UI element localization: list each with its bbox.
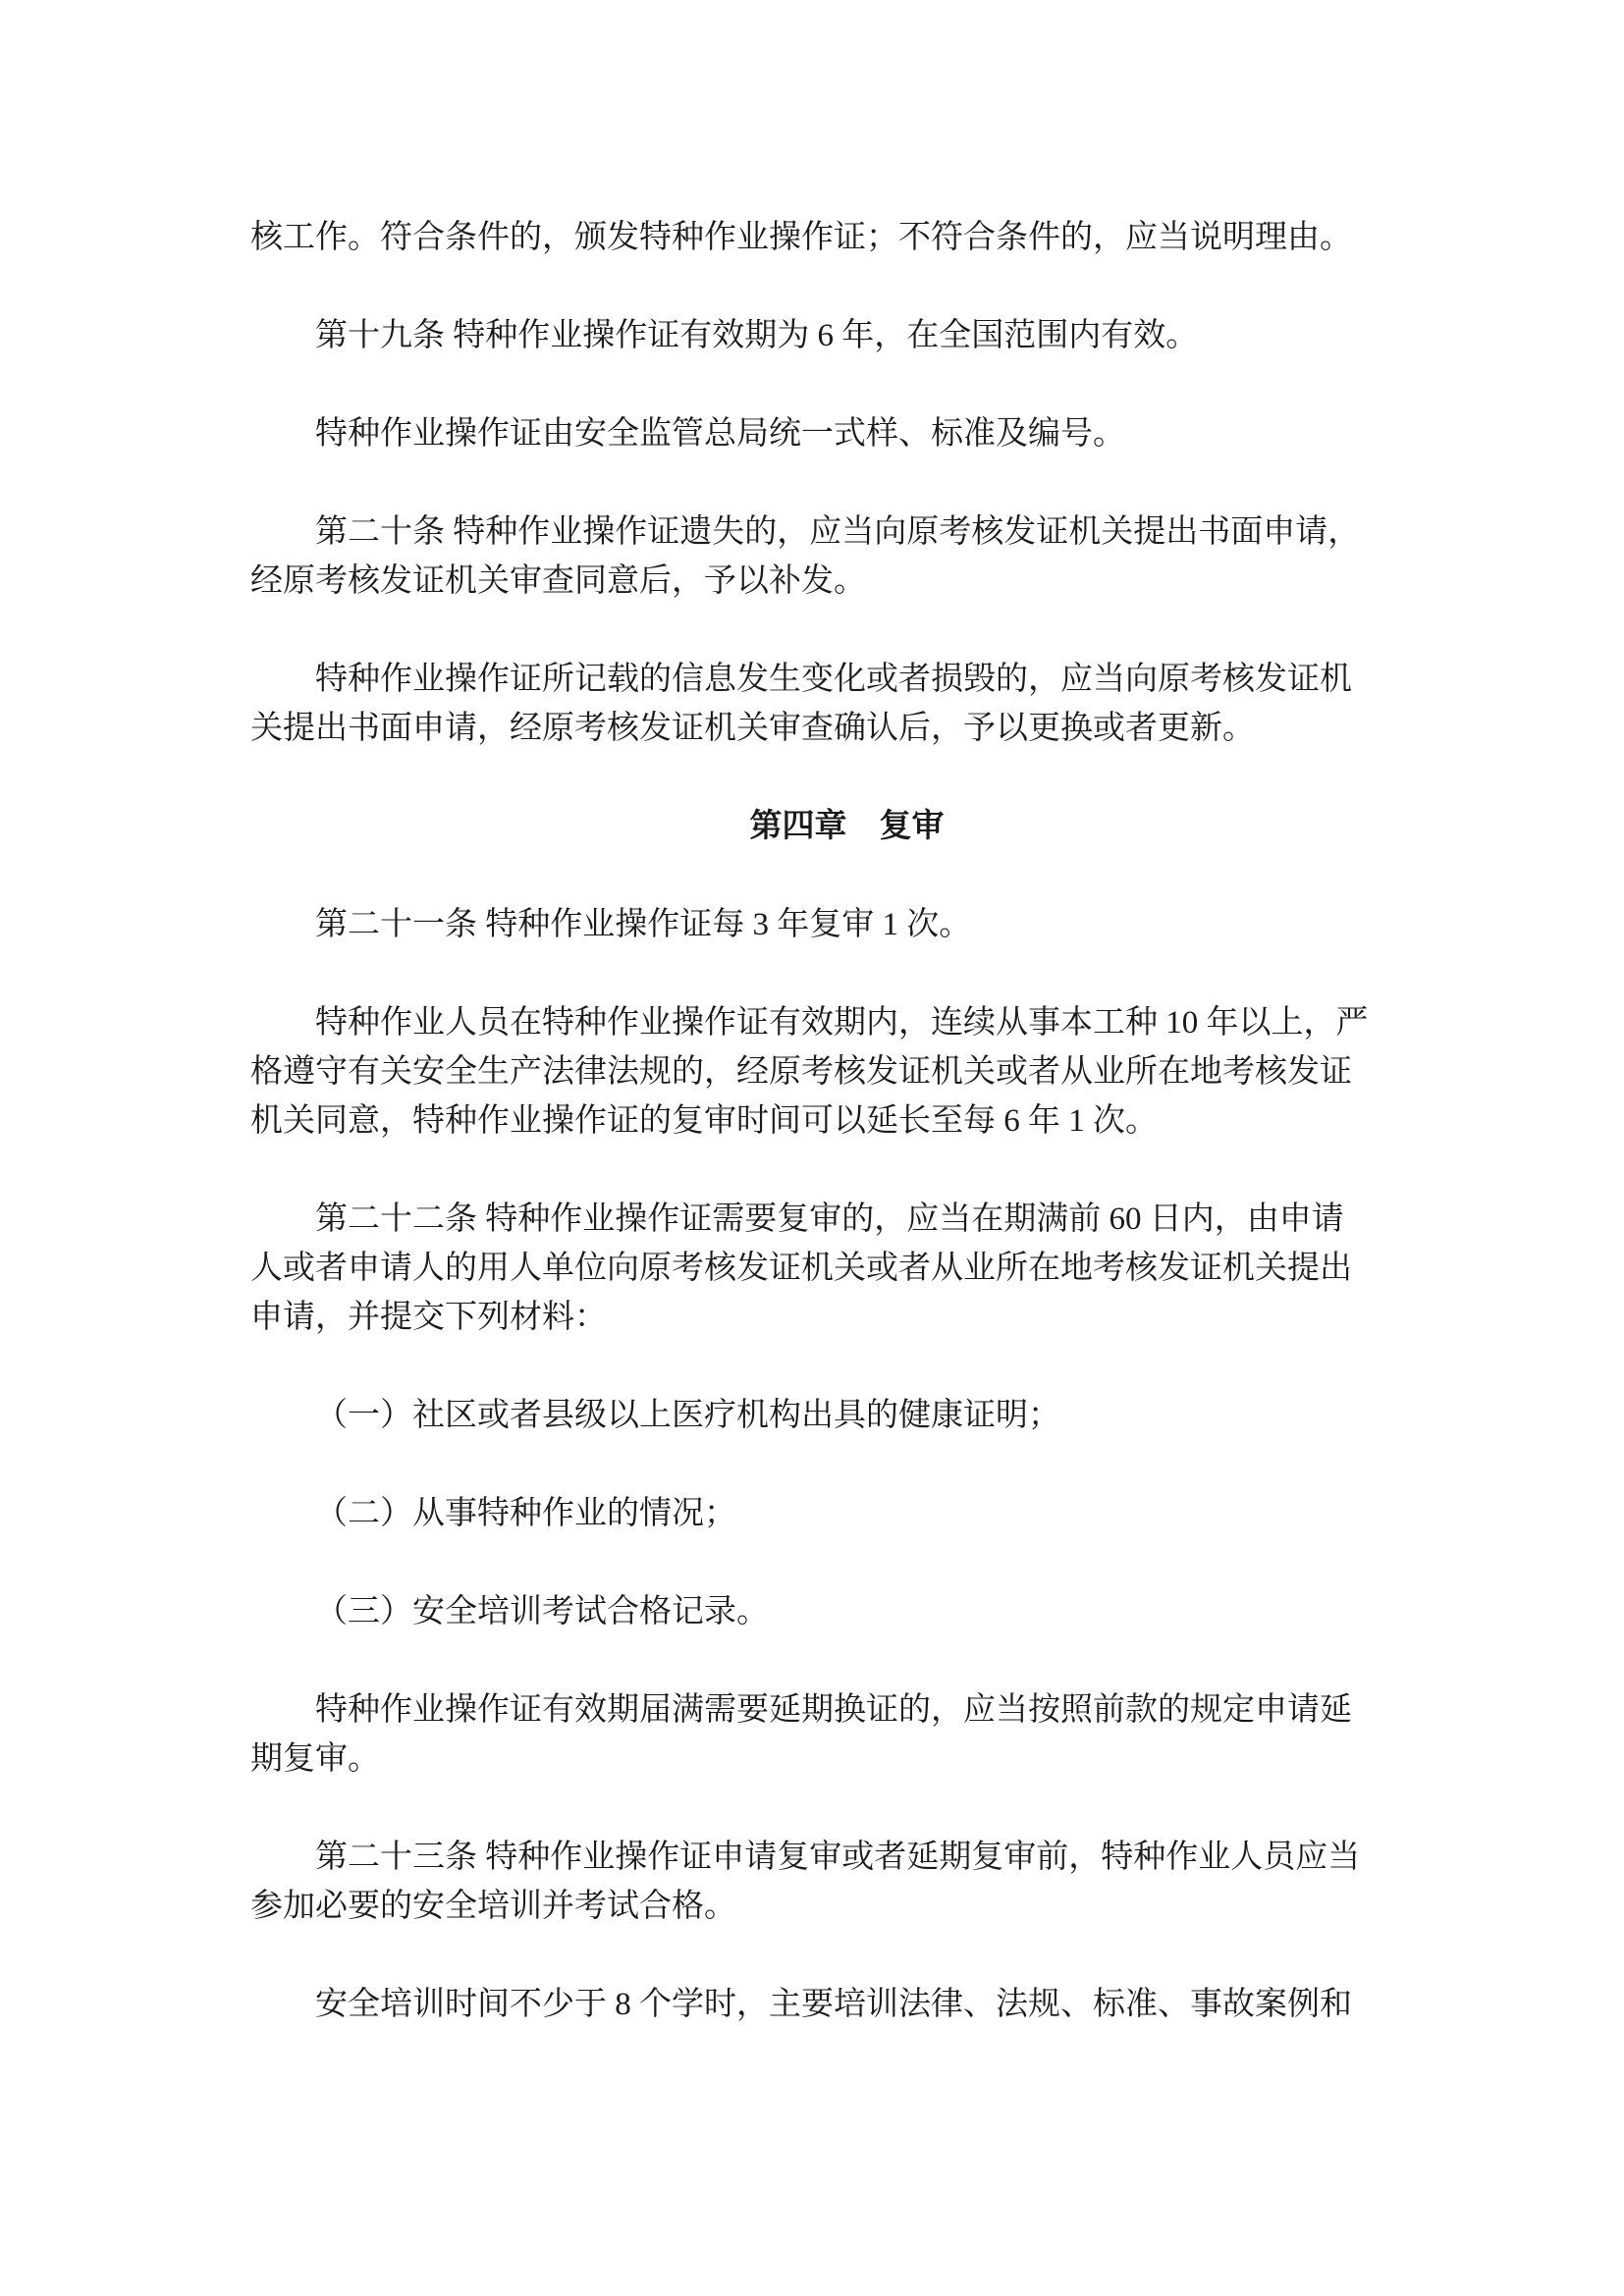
text-line: （三）安全培训考试合格记录。 (250, 1587, 1379, 1636)
paragraph: （一）社区或者县级以上医疗机构出具的健康证明； (250, 1391, 1379, 1440)
text-line: 第二十条 特种作业操作证遗失的，应当向原考核发证机关提出书面申请， (250, 507, 1379, 557)
paragraph: 第二十条 特种作业操作证遗失的，应当向原考核发证机关提出书面申请，经原考核发证机… (250, 507, 1379, 606)
text-line: 格遵守有关安全生产法律法规的，经原考核发证机关或者从业所在地考核发证 (250, 1047, 1379, 1096)
text-line: （一）社区或者县级以上医疗机构出具的健康证明； (250, 1391, 1379, 1440)
text-line: 第二十三条 特种作业操作证申请复审或者延期复审前，特种作业人员应当 (250, 1833, 1379, 1882)
text-line: 人或者申请人的用人单位向原考核发证机关或者从业所在地考核发证机关提出 (250, 1244, 1379, 1293)
text-line: 第四章 复审 (250, 802, 1379, 851)
document-body: 核工作。符合条件的，颁发特种作业操作证；不符合条件的，应当说明理由。第十九条 特… (250, 213, 1379, 2029)
paragraph: 特种作业操作证由安全监管总局统一式样、标准及编号。 (250, 409, 1379, 458)
text-line: 期复审。 (250, 1735, 1379, 1784)
paragraph: 第十九条 特种作业操作证有效期为 6 年，在全国范围内有效。 (250, 311, 1379, 360)
text-line: 核工作。符合条件的，颁发特种作业操作证；不符合条件的，应当说明理由。 (250, 213, 1379, 262)
paragraph: 安全培训时间不少于 8 个学时，主要培训法律、法规、标准、事故案例和 (250, 1980, 1379, 2029)
text-line: 特种作业人员在特种作业操作证有效期内，连续从事本工种 10 年以上，严 (250, 998, 1379, 1047)
text-line: 第十九条 特种作业操作证有效期为 6 年，在全国范围内有效。 (250, 311, 1379, 360)
text-line: 安全培训时间不少于 8 个学时，主要培训法律、法规、标准、事故案例和 (250, 1980, 1379, 2029)
paragraph: 第二十三条 特种作业操作证申请复审或者延期复审前，特种作业人员应当参加必要的安全… (250, 1833, 1379, 1931)
text-line: 第二十一条 特种作业操作证每 3 年复审 1 次。 (250, 900, 1379, 949)
text-line: 申请，并提交下列材料： (250, 1293, 1379, 1342)
paragraph: 特种作业人员在特种作业操作证有效期内，连续从事本工种 10 年以上，严格遵守有关… (250, 998, 1379, 1146)
text-line: 特种作业操作证所记载的信息发生变化或者损毁的，应当向原考核发证机 (250, 655, 1379, 704)
chapter-heading: 第四章 复审 (250, 802, 1379, 851)
text-line: 特种作业操作证有效期届满需要延期换证的，应当按照前款的规定申请延 (250, 1685, 1379, 1735)
text-line: 第二十二条 特种作业操作证需要复审的，应当在期满前 60 日内，由申请 (250, 1195, 1379, 1244)
text-line: 参加必要的安全培训并考试合格。 (250, 1882, 1379, 1931)
paragraph: 特种作业操作证所记载的信息发生变化或者损毁的，应当向原考核发证机关提出书面申请，… (250, 655, 1379, 753)
text-line: 机关同意，特种作业操作证的复审时间可以延长至每 6 年 1 次。 (250, 1096, 1379, 1146)
paragraph: 第二十二条 特种作业操作证需要复审的，应当在期满前 60 日内，由申请人或者申请… (250, 1195, 1379, 1342)
document-page: 核工作。符合条件的，颁发特种作业操作证；不符合条件的，应当说明理由。第十九条 特… (0, 0, 1624, 2296)
paragraph: （二）从事特种作业的情况； (250, 1489, 1379, 1538)
paragraph: 第二十一条 特种作业操作证每 3 年复审 1 次。 (250, 900, 1379, 949)
text-line: 经原考核发证机关审查同意后，予以补发。 (250, 557, 1379, 606)
paragraph: （三）安全培训考试合格记录。 (250, 1587, 1379, 1636)
text-line: （二）从事特种作业的情况； (250, 1489, 1379, 1538)
text-line: 关提出书面申请，经原考核发证机关审查确认后，予以更换或者更新。 (250, 704, 1379, 753)
text-line: 特种作业操作证由安全监管总局统一式样、标准及编号。 (250, 409, 1379, 458)
paragraph: 特种作业操作证有效期届满需要延期换证的，应当按照前款的规定申请延期复审。 (250, 1685, 1379, 1784)
paragraph: 核工作。符合条件的，颁发特种作业操作证；不符合条件的，应当说明理由。 (250, 213, 1379, 262)
